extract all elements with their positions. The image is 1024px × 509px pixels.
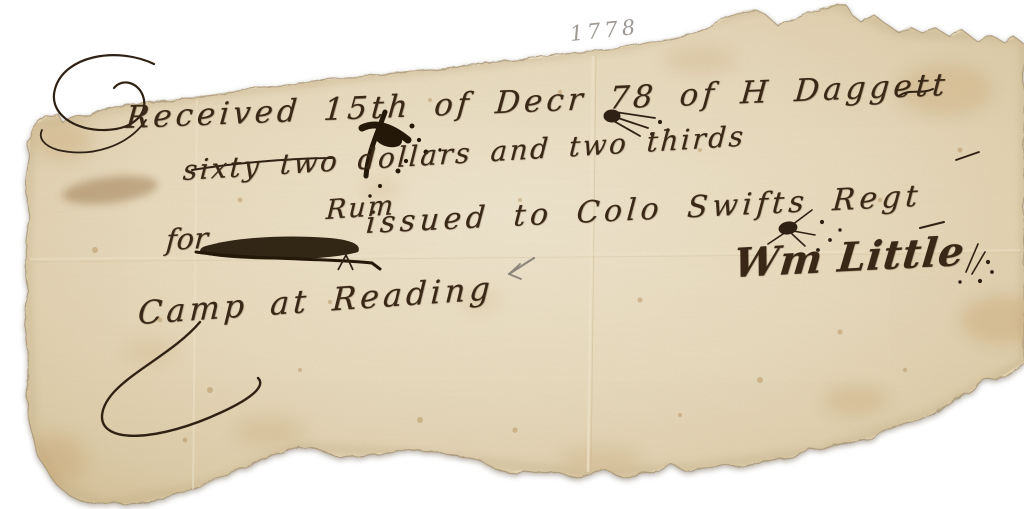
torn-paper-scan — [0, 0, 1024, 509]
scanned-receipt-image: Received 15th of Decr 78 of H Daggett si… — [0, 0, 1024, 509]
paper-aging — [20, 0, 1024, 509]
